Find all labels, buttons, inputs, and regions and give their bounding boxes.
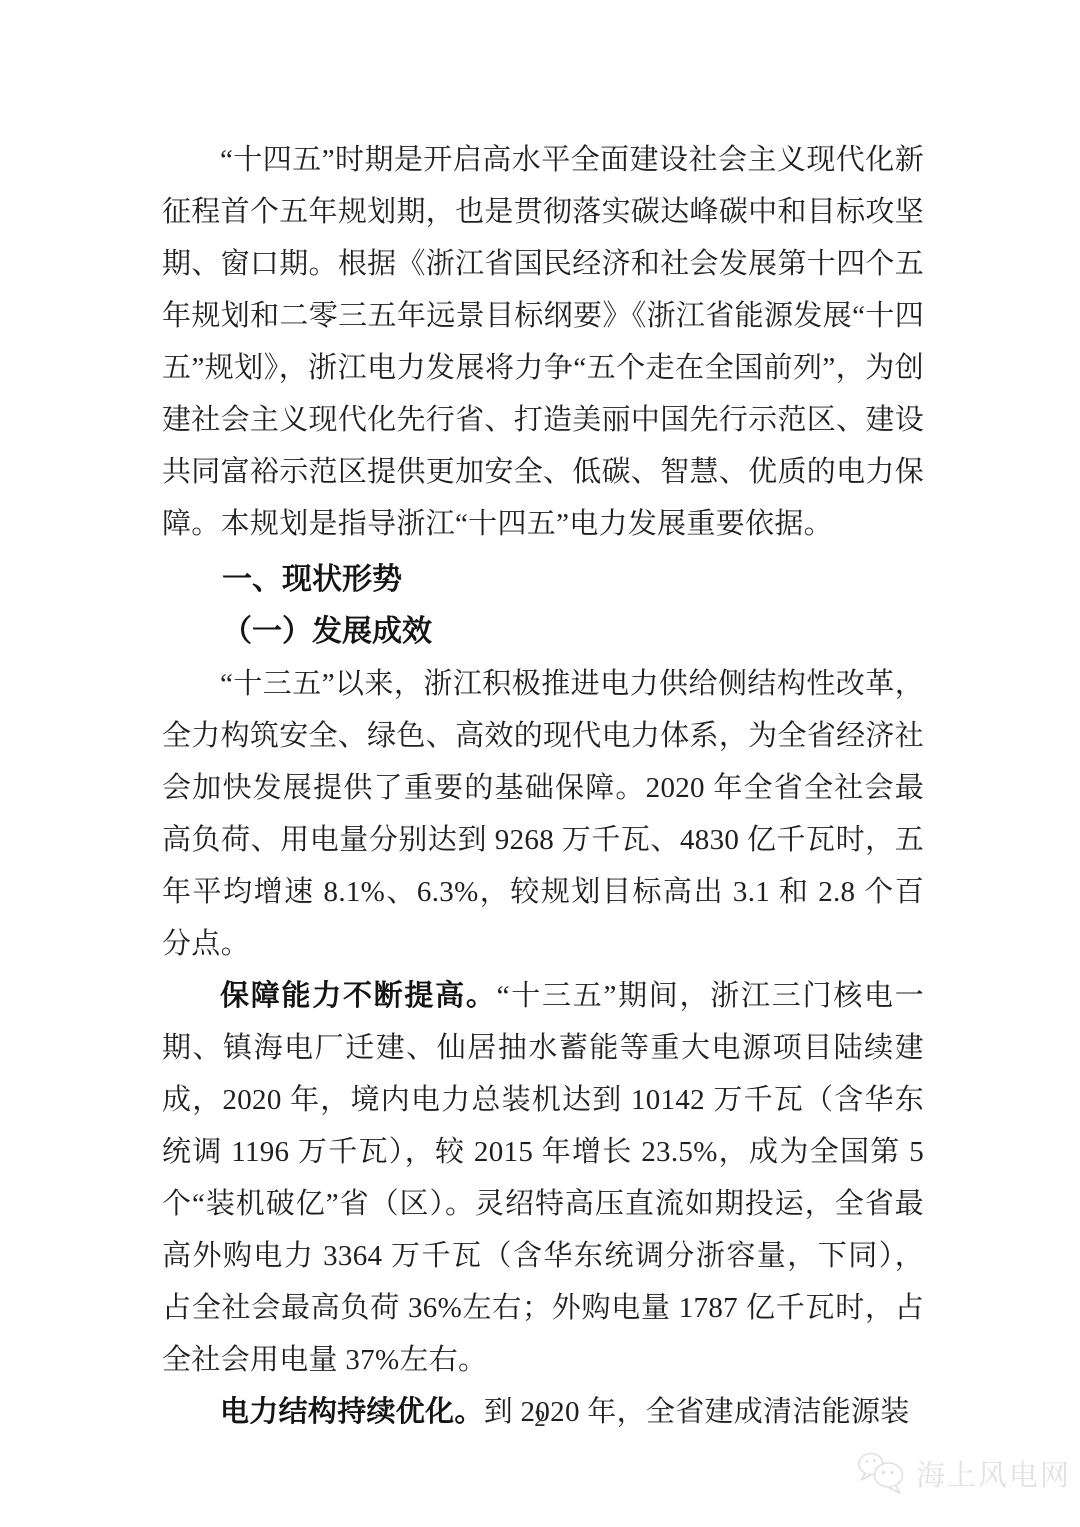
subsection-heading-development-achievements: （一）发展成效 — [162, 606, 924, 658]
paragraph-13th-fiveyear-results: “十三五”以来，浙江积极推进电力供给侧结构性改革，全力构筑安全、绿色、高效的现代… — [162, 658, 924, 970]
paragraph-supply-capability: 保障能力不断提高。“十三五”期间，浙江三门核电一期、镇海电厂迁建、仙居抽水蓄能等… — [162, 970, 924, 1386]
section-heading-current-situation: 一、现状形势 — [162, 554, 924, 606]
paragraph-supply-capability-text: “十三五”期间，浙江三门核电一期、镇海电厂迁建、仙居抽水蓄能等重大电源项目陆续建… — [162, 980, 924, 1376]
document-page: “十四五”时期是开启高水平全面建设社会主义现代化新征程首个五年规划期，也是贯彻落… — [0, 0, 1080, 1527]
paragraph-supply-capability-lead: 保障能力不断提高。 — [220, 980, 497, 1012]
watermark: 海上风电网 — [856, 1450, 1071, 1496]
wechat-icon — [856, 1450, 908, 1496]
watermark-label: 海上风电网 — [916, 1453, 1071, 1494]
paragraph-13th-fiveyear-results-text: “十三五”以来，浙江积极推进电力供给侧结构性改革，全力构筑安全、绿色、高效的现代… — [162, 668, 924, 960]
document-body: “十四五”时期是开启高水平全面建设社会主义现代化新征程首个五年规划期，也是贯彻落… — [162, 134, 924, 1438]
paragraph-intro: “十四五”时期是开启高水平全面建设社会主义现代化新征程首个五年规划期，也是贯彻落… — [162, 134, 924, 550]
page-number: 2 — [0, 1404, 1080, 1434]
